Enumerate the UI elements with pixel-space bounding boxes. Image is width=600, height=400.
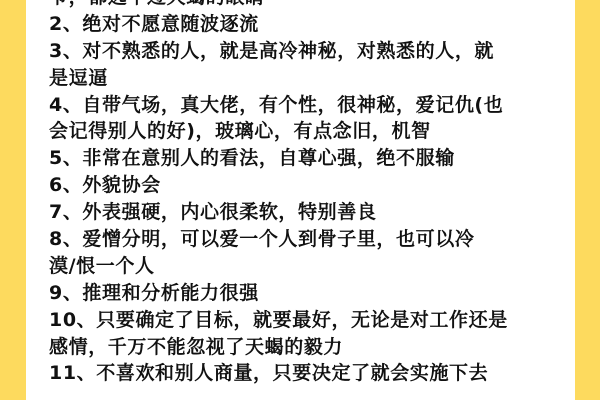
trait-list: 节，都逃不过天蝎的眼睛 2、绝对不愿意随波逐流 3、对不熟悉的人，就是高冷神秘，… xyxy=(49,0,569,387)
list-item-8-continued: 漠/恨一个人 xyxy=(49,253,569,280)
list-item-5: 5、非常在意别人的看法，自尊心强，绝不服输 xyxy=(49,145,569,172)
list-item-9: 9、推理和分析能力很强 xyxy=(49,280,569,307)
list-item-6: 6、外貌协会 xyxy=(49,172,569,199)
list-item-11: 11、不喜欢和别人商量，只要决定了就会实施下去 xyxy=(49,360,569,387)
list-item-3: 3、对不熟悉的人，就是高冷神秘，对熟悉的人，就 xyxy=(49,38,569,65)
yellow-border-frame: 节，都逃不过天蝎的眼睛 2、绝对不愿意随波逐流 3、对不熟悉的人，就是高冷神秘，… xyxy=(0,0,600,400)
list-item-2: 2、绝对不愿意随波逐流 xyxy=(49,11,569,38)
list-item-3-continued: 是逗逼 xyxy=(49,65,569,92)
list-item-10-continued: 感情，千万不能忽视了天蝎的毅力 xyxy=(49,334,569,361)
list-item-7: 7、外表强硬，内心很柔软，特别善良 xyxy=(49,199,569,226)
list-item-8: 8、爱憎分明，可以爱一个人到骨子里，也可以冷 xyxy=(49,226,569,253)
list-line-fragment: 节，都逃不过天蝎的眼睛 xyxy=(49,0,569,11)
list-item-4: 4、自带气场，真大佬，有个性，很神秘，爱记仇(也 xyxy=(49,92,569,119)
list-item-10: 10、只要确定了目标，就要最好，无论是对工作还是 xyxy=(49,307,569,334)
list-item-4-continued: 会记得别人的好)，玻璃心，有点念旧，机智 xyxy=(49,118,569,145)
text-card: 节，都逃不过天蝎的眼睛 2、绝对不愿意随波逐流 3、对不熟悉的人，就是高冷神秘，… xyxy=(26,0,575,400)
